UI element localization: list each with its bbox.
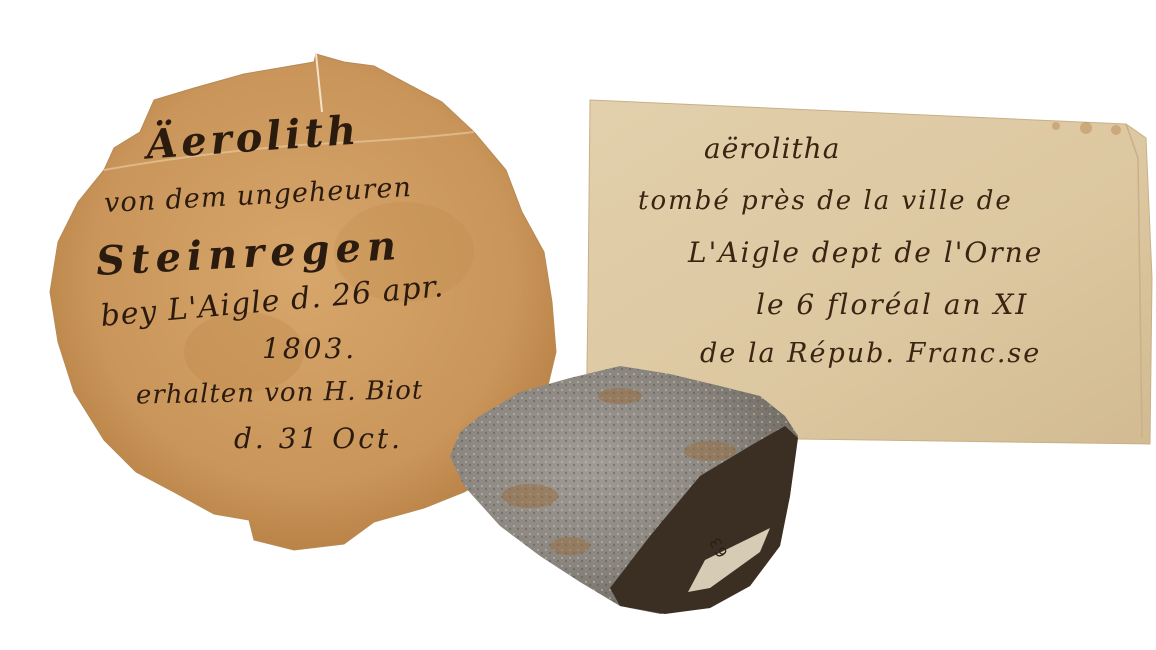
label-line: L'Aigle dept de l'Orne [688,236,1043,269]
label-line: von dem ungeheuren [103,172,412,219]
specimen-photo: Äerolith von dem ungeheuren Steinregen b… [0,0,1156,650]
label-line: Äerolith [145,107,362,169]
label-line: tombé près de la ville de [638,186,1013,216]
rock-shape [440,356,812,618]
meteorite-fragment: 63 [440,356,812,618]
label-line: le 6 floréal an XI [756,288,1028,321]
label-line: 1803. [262,332,357,365]
label-line: aërolitha [704,132,840,165]
label-line: d. 31 Oct. [234,422,403,455]
label-line: erhalten von H. Biot [136,375,424,410]
